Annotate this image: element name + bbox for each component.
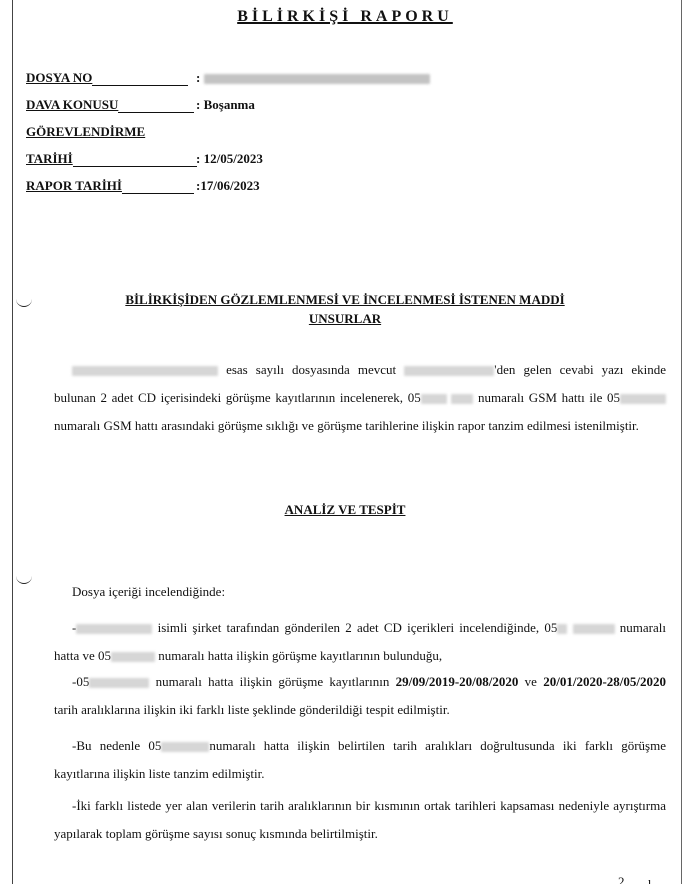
meta-row-gorevlendirme: GÖREVLENDİRME xyxy=(26,124,145,142)
heading-line: UNSURLAR xyxy=(0,309,690,328)
date-range: 20/01/2020-28/05/2020 xyxy=(543,674,666,689)
redacted-phone xyxy=(451,394,473,404)
meta-value: :17/06/2023 xyxy=(196,178,260,194)
redacted-phone xyxy=(557,624,567,634)
date-range: 29/09/2019-20/08/2020 xyxy=(396,674,519,689)
meta-row-dava-konusu: DAVA KONUSU: Boşanma xyxy=(26,97,255,115)
meta-label: GÖREVLENDİRME xyxy=(26,124,145,140)
redacted-company-name xyxy=(404,366,494,376)
redacted-phone xyxy=(161,742,209,752)
page-border-right xyxy=(681,0,682,884)
redacted-phone xyxy=(620,394,666,404)
meta-row-tarihi: TARİHİ: 12/05/2023 xyxy=(26,151,263,169)
redacted-case-number xyxy=(204,74,430,84)
heading-line: ANALİZ VE TESPİT xyxy=(0,500,690,519)
meta-row-dosya-no: DOSYA NO: xyxy=(26,70,430,88)
meta-row-rapor-tarihi: RAPOR TARİHİ:17/06/2023 xyxy=(26,178,260,196)
scan-mark xyxy=(16,575,32,584)
finding-item-4: -İki farklı listede yer alan verilerin t… xyxy=(54,792,666,848)
redacted-company-name xyxy=(76,624,152,634)
page-number: 2 ı xyxy=(618,874,661,884)
finding-item-3: -Bu nedenle 05numaralı hatta ilişkin bel… xyxy=(54,732,666,788)
meta-label: TARİHİ xyxy=(26,151,198,167)
page-border-left xyxy=(12,0,13,884)
meta-label: DOSYA NO xyxy=(26,70,198,86)
finding-item-1: - isimli şirket tarafından gönderilen 2 … xyxy=(54,614,666,670)
section2-intro: Dosya içeriği incelendiğinde: xyxy=(54,578,666,606)
finding-item-2: -05 numaralı hatta ilişkin görüşme kayıt… xyxy=(54,668,666,724)
section-heading-maddi-unsurlar: BİLİRKİŞİDEN GÖZLEMLENMESİ VE İNCELENMES… xyxy=(0,290,690,328)
document-title: BİLİRKİŞİ RAPORU xyxy=(0,8,690,26)
redacted-phone xyxy=(111,652,155,662)
meta-label: RAPOR TARİHİ xyxy=(26,178,198,194)
section1-paragraph: esas sayılı dosyasında mevcut 'den gelen… xyxy=(54,356,666,440)
meta-value: : Boşanma xyxy=(196,97,255,113)
redacted-phone xyxy=(573,624,615,634)
heading-line: BİLİRKİŞİDEN GÖZLEMLENMESİ VE İNCELENMES… xyxy=(0,290,690,309)
meta-value: : xyxy=(196,70,430,86)
section-heading-analiz-ve-tespit: ANALİZ VE TESPİT xyxy=(0,500,690,519)
redacted-phone xyxy=(89,678,149,688)
document-title-text: BİLİRKİŞİ RAPORU xyxy=(237,8,453,25)
meta-value: : 12/05/2023 xyxy=(196,151,263,167)
redacted-court-name xyxy=(72,366,218,376)
meta-label: DAVA KONUSU xyxy=(26,97,198,113)
redacted-phone xyxy=(421,394,447,404)
